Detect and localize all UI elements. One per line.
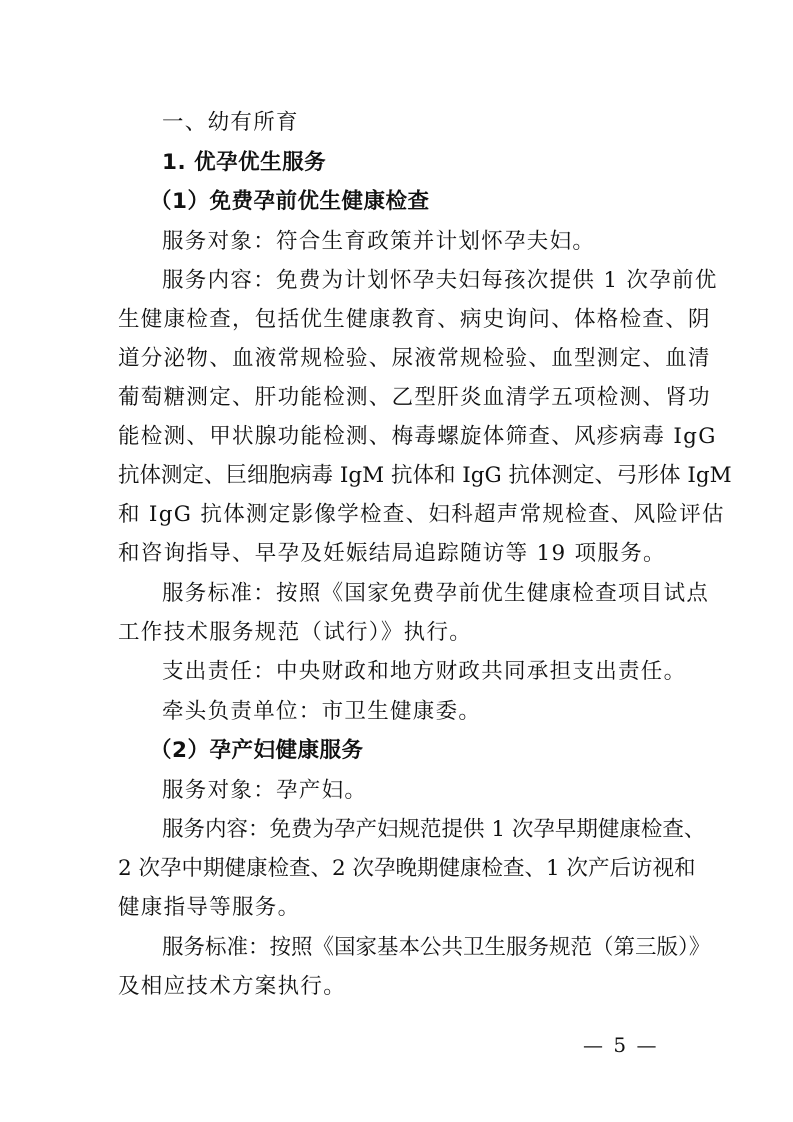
- service-content-1-line-8: 和咨询指导、早孕及妊娠结局追踪随访等 19 项服务。: [118, 539, 678, 569]
- service-target-1: 服务对象：符合生育政策并计划怀孕夫妇。: [162, 227, 678, 257]
- service-content-2-line-1: 服务内容：免费为孕产妇规范提供 1 次孕早期健康检查、: [162, 815, 678, 845]
- page-number: — 5 —: [583, 1033, 658, 1057]
- service-content-1-line-5: 能检测、甲状腺功能检测、梅毒螺旋体筛查、风疹病毒 IgG: [118, 422, 678, 452]
- service-standard-1-line-1: 服务标准：按照《国家免费孕前优生健康检查项目试点: [162, 579, 678, 609]
- service-content-2-line-2: 2 次孕中期健康检查、2 次孕晚期健康检查、1 次产后访视和: [118, 854, 678, 884]
- service-content-1-line-7: 和 IgG 抗体测定影像学检查、妇科超声常规检查、风险评估: [118, 500, 678, 530]
- item-heading-1: （1）免费孕前优生健康检查: [150, 187, 710, 217]
- section-heading: 一、幼有所育: [162, 108, 678, 138]
- service-content-2-line-3: 健康指导等服务。: [118, 893, 678, 923]
- service-target-2: 服务对象：孕产妇。: [162, 776, 678, 806]
- service-content-1-line-1: 服务内容：免费为计划怀孕夫妇每孩次提供 1 次孕前优: [162, 266, 678, 296]
- lead-unit: 牵头负责单位：市卫生健康委。: [162, 697, 678, 727]
- service-standard-2-line-2: 及相应技术方案执行。: [118, 972, 678, 1002]
- service-standard-2-line-1: 服务标准：按照《国家基本公共卫生服务规范（第三版）》: [162, 933, 678, 963]
- expenditure-responsibility: 支出责任：中央财政和地方财政共同承担支出责任。: [162, 657, 678, 687]
- service-content-1-line-6: 抗体测定、巨细胞病毒 IgM 抗体和 IgG 抗体测定、弓形体 IgM: [118, 461, 678, 491]
- service-content-1-line-4: 葡萄糖测定、肝功能检测、乙型肝炎血清学五项检测、肾功: [118, 383, 678, 413]
- item-heading-2: （2）孕产妇健康服务: [150, 736, 710, 766]
- subsection-heading: 1. 优孕优生服务: [162, 148, 678, 178]
- service-standard-1-line-2: 工作技术服务规范（试行）》执行。: [118, 618, 678, 648]
- service-content-1-line-3: 道分泌物、血液常规检验、尿液常规检验、血型测定、血清: [118, 344, 678, 374]
- service-content-1-line-2: 生健康检查，包括优生健康教育、病史询问、体格检查、阴: [118, 305, 678, 335]
